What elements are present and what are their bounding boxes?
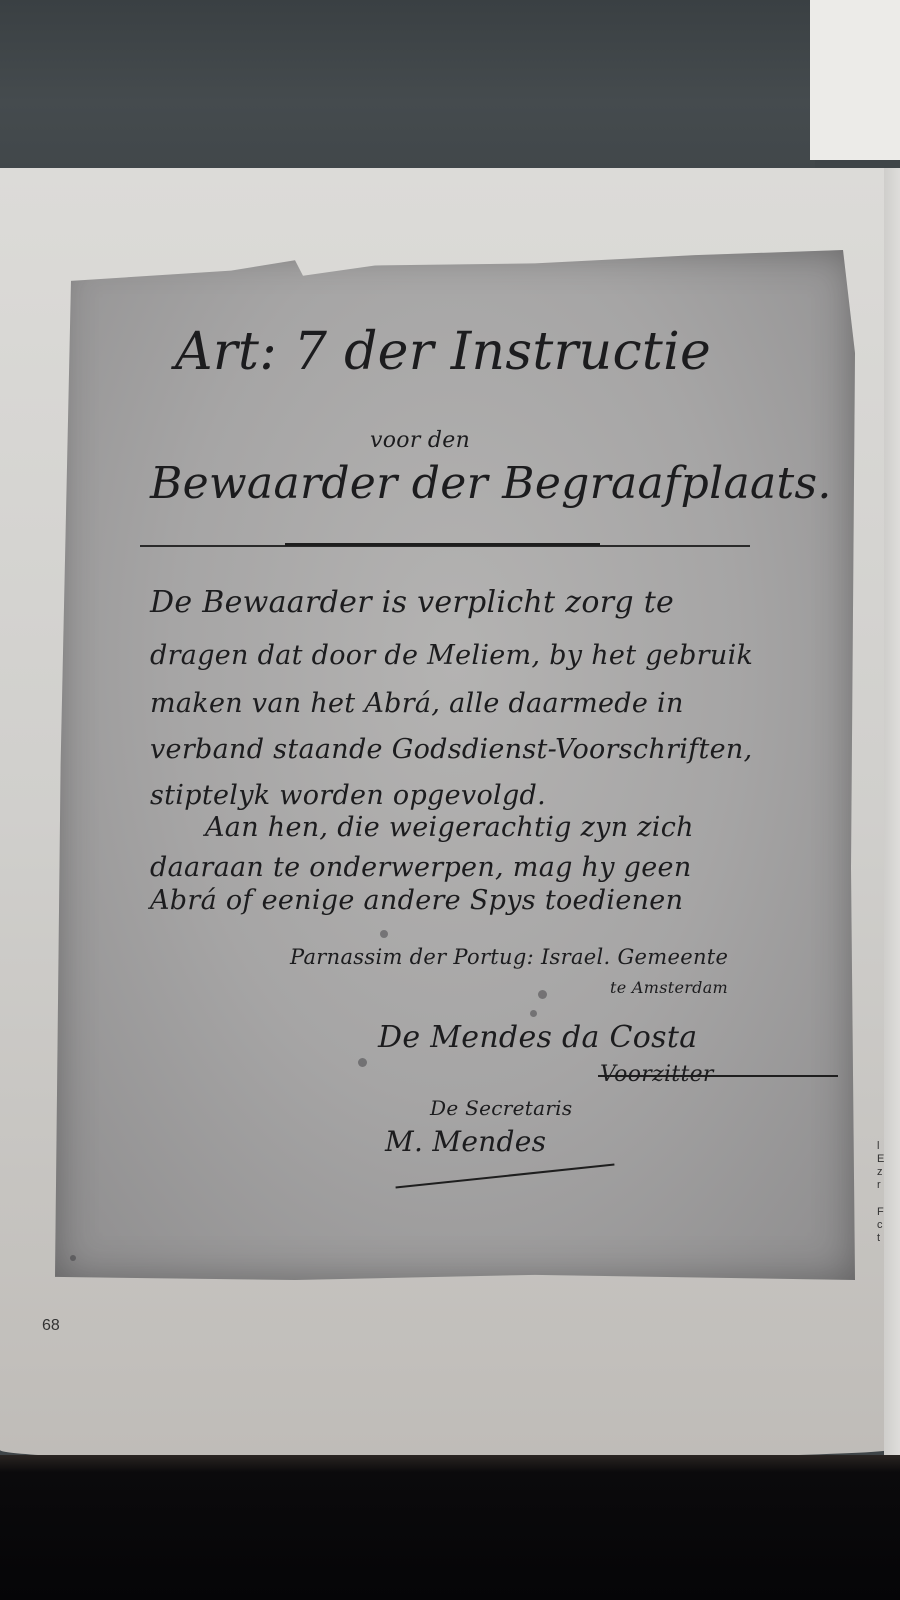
- issuer-line: Parnassim der Portug: Israel. Gemeente: [290, 945, 728, 969]
- adjacent-fragment: F: [877, 1206, 900, 1219]
- adjacent-fragment: E: [877, 1153, 900, 1166]
- body-line: De Bewaarder is verplicht zorg te: [150, 585, 674, 620]
- document-subtitle: voor den: [370, 428, 470, 453]
- document-title: Art: 7 der Instructie: [175, 322, 711, 382]
- adjacent-page-text: l E z r F c t: [877, 1140, 900, 1245]
- issuer-place: te Amsterdam: [610, 978, 728, 997]
- body-line: Aan hen, die weigerachtig zyn zich: [205, 812, 694, 843]
- adjacent-fragment: l: [877, 1140, 900, 1153]
- adjacent-fragment: r: [877, 1179, 900, 1192]
- ink-spot: [70, 1255, 76, 1261]
- chair-signature: De Mendes da Costa: [378, 1020, 697, 1055]
- page-number: 68: [42, 1317, 60, 1335]
- title-rule-accent: [285, 543, 600, 546]
- adjacent-fragment: c: [877, 1219, 900, 1232]
- body-line: maken van het Abrá, alle daarmede in: [150, 688, 684, 719]
- adjacent-fragment: t: [877, 1232, 900, 1245]
- paper-corner-top-right: [810, 0, 900, 160]
- body-line: dragen dat door de Meliem, by het gebrui…: [150, 640, 753, 671]
- document-heading: Bewaarder der Begraafplaats.: [150, 458, 832, 509]
- adjacent-page-edge: [884, 168, 900, 1458]
- dark-table-surface-bottom: [0, 1455, 900, 1600]
- secretary-signature: M. Mendes: [385, 1125, 546, 1158]
- dark-table-surface-top: [0, 0, 815, 170]
- body-line: verband staande Godsdienst-Voorschriften…: [150, 734, 752, 765]
- body-line: daaraan te onderwerpen, mag hy geen: [150, 852, 692, 883]
- body-line: Abrá of eenige andere Spys toedienen: [150, 885, 683, 916]
- ink-spot: [538, 990, 547, 999]
- chair-title: Voorzitter: [600, 1062, 714, 1087]
- ink-spot: [358, 1058, 367, 1067]
- body-line: stiptelyk worden opgevolgd.: [150, 780, 546, 811]
- adjacent-fragment: z: [877, 1166, 900, 1179]
- ink-spot: [530, 1010, 537, 1017]
- ink-spot: [380, 930, 388, 938]
- secretary-label: De Secretaris: [430, 1096, 572, 1120]
